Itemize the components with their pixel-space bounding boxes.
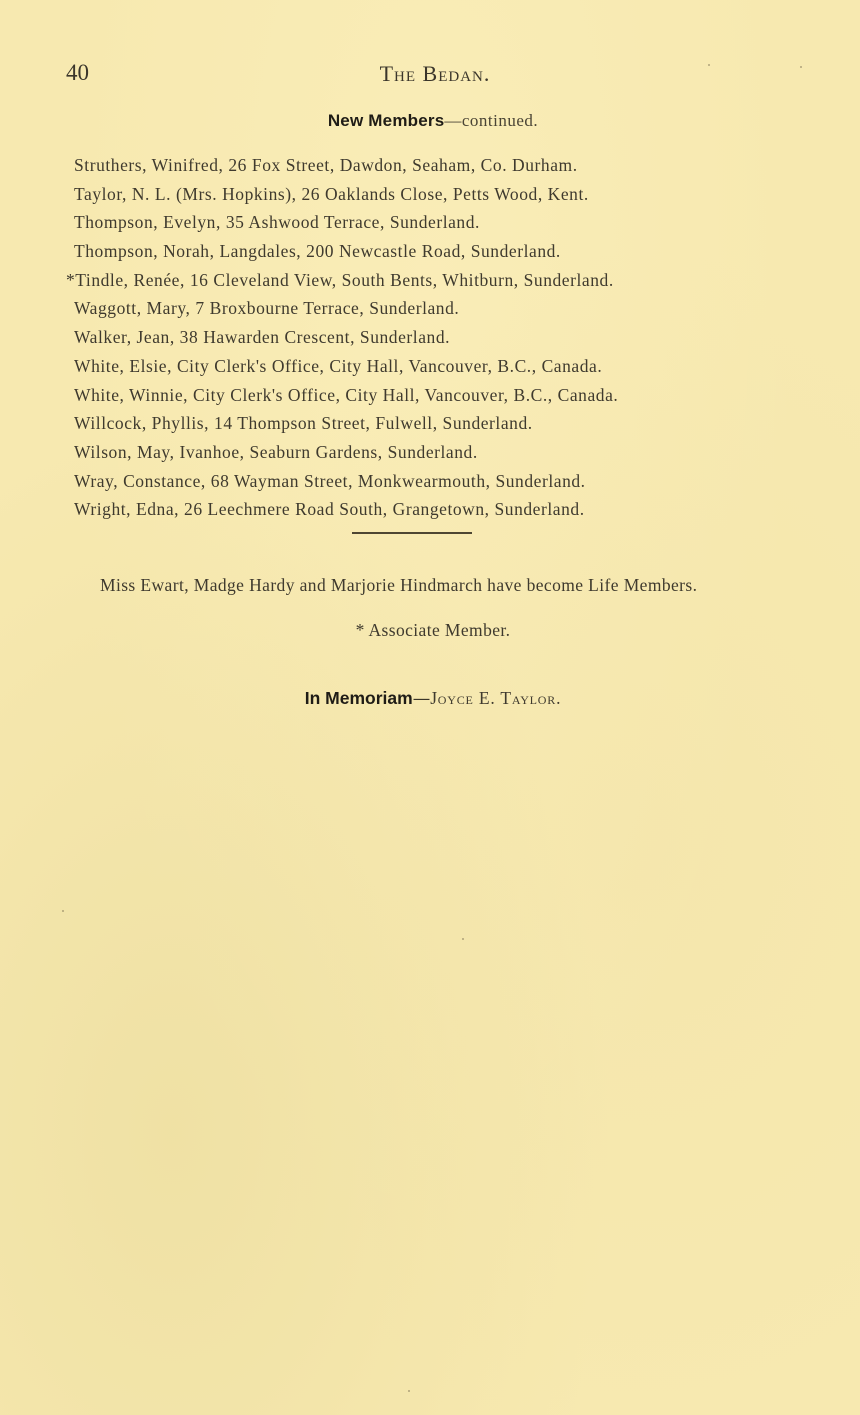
running-head-cap: T (380, 61, 394, 86)
paper-speck (408, 1390, 410, 1392)
paper-speck (800, 66, 802, 68)
running-head: The Bedan. (0, 61, 860, 87)
paper-speck (462, 938, 464, 940)
member-entry: Wilson, May, Ivanhoe, Seaburn Gardens, S… (74, 438, 618, 467)
member-entry: Walker, Jean, 38 Hawarden Crescent, Sund… (74, 323, 618, 352)
member-entry: Willcock, Phyllis, 14 Thompson Street, F… (74, 409, 618, 438)
member-entry: White, Elsie, City Clerk's Office, City … (74, 352, 618, 381)
running-head-smallcaps: edan. (438, 61, 490, 86)
member-entry: Thompson, Evelyn, 35 Ashwood Terrace, Su… (74, 208, 618, 237)
life-members-note: Miss Ewart, Madge Hardy and Marjorie Hin… (60, 571, 800, 599)
running-head-smallcaps: he (394, 61, 416, 86)
paper-speck (708, 64, 710, 66)
member-entry-associate: *Tindle, Renée, 16 Cleveland View, South… (66, 266, 618, 295)
member-entry: White, Winnie, City Clerk's Office, City… (74, 381, 618, 410)
in-memoriam-label: In Memoriam (305, 688, 413, 708)
section-divider-rule (352, 532, 472, 534)
running-head-cap: B (423, 61, 439, 86)
member-entry: Thompson, Norah, Langdales, 200 Newcastl… (74, 237, 618, 266)
member-entry: Waggott, Mary, 7 Broxbourne Terrace, Sun… (74, 294, 618, 323)
member-entry: Wright, Edna, 26 Leechmere Road South, G… (74, 495, 618, 524)
in-memoriam-name: Joyce E. Taylor. (430, 688, 561, 708)
in-memoriam: In Memoriam—Joyce E. Taylor. (0, 688, 860, 709)
member-entry: Struthers, Winifred, 26 Fox Street, Dawd… (74, 151, 618, 180)
paper-speck (62, 910, 64, 912)
section-heading-continued: —continued. (444, 111, 538, 130)
section-heading-title: New Members (328, 111, 445, 130)
member-entry: Taylor, N. L. (Mrs. Hopkins), 26 Oakland… (74, 180, 618, 209)
section-heading: New Members—continued. (0, 111, 860, 131)
member-entry: Wray, Constance, 68 Wayman Street, Monkw… (74, 467, 618, 496)
in-memoriam-separator: — (413, 689, 431, 709)
members-list: Struthers, Winifred, 26 Fox Street, Dawd… (74, 151, 618, 524)
associate-member-key: * Associate Member. (0, 620, 860, 641)
